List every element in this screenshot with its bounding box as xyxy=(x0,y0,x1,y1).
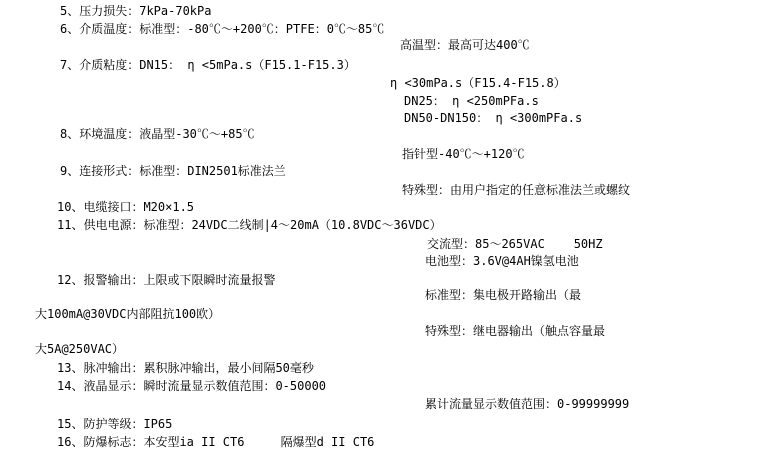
spec-note-viscosity-dn25: DN25： η <250mPFa.s xyxy=(404,95,539,108)
spec-note-standard-alarm-output: 标准型：集电极开路输出（最 xyxy=(425,289,581,302)
spec-item-7-medium-viscosity: 7、介质粘度：DN15： η <5mPa.s（F15.1-F15.3） xyxy=(60,59,356,72)
spec-item-14-lcd-display: 14、液晶显示：瞬时流量显示数值范围：0-50000 xyxy=(57,380,326,393)
spec-item-6-medium-temperature: 6、介质温度：标准型：-80℃～+200℃：PTFE：0℃～85℃ xyxy=(60,23,384,36)
spec-note-special-connection: 特殊型：由用户指定的任意标准法兰或螺纹 xyxy=(402,184,630,197)
spec-item-11-power-supply: 11、供电电源：标准型：24VDC二线制|4～20mA（10.8VDC～36VD… xyxy=(57,219,442,232)
spec-note-special-relay-output: 特殊型：继电器输出（触点容量最 xyxy=(425,325,605,338)
spec-item-12-wrap-relay: 大5A@250VAC） xyxy=(35,343,124,356)
spec-item-16-explosion-proof-marking: 16、防爆标志：本安型ia II CT6 隔爆型d II CT6 xyxy=(57,436,374,449)
spec-note-battery-type: 电池型：3.6V@4AH镍氢电池 xyxy=(425,255,579,268)
spec-note-pointer-type-ambient: 指针型-40℃～+120℃ xyxy=(402,148,525,161)
spec-item-15-protection-class: 15、防护等级：IP65 xyxy=(57,418,172,431)
spec-item-10-cable-entry: 10、电缆接口：M20×1.5 xyxy=(57,201,194,214)
spec-note-high-temp-type: 高温型：最高可达400℃ xyxy=(400,39,530,52)
spec-document: 5、压力损失：7kPa-70kPa 6、介质温度：标准型：-80℃～+200℃：… xyxy=(0,0,780,451)
spec-note-viscosity-dn15-cont: η <30mPa.s（F15.4-F15.8） xyxy=(390,77,566,90)
spec-note-total-flow-display-range: 累计流量显示数值范围：0-99999999 xyxy=(425,398,629,411)
spec-item-9-connection-type: 9、连接形式：标准型：DIN2501标准法兰 xyxy=(60,165,286,178)
spec-note-ac-power-type: 交流型：85～265VAC 50HZ xyxy=(427,238,603,251)
spec-item-13-pulse-output: 13、脉冲输出：累积脉冲输出，最小间隔50毫秒 xyxy=(57,362,314,375)
spec-note-viscosity-dn50-dn150: DN50-DN150： η <300mPFa.s xyxy=(404,112,582,125)
spec-item-12-alarm-output: 12、报警输出：上限或下限瞬时流量报警 xyxy=(57,274,275,287)
spec-item-12-wrap-open-collector: 大100mA@30VDC内部阻抗100欧） xyxy=(35,308,220,321)
spec-item-5-pressure-loss: 5、压力损失：7kPa-70kPa xyxy=(60,5,211,18)
spec-item-8-ambient-temperature: 8、环境温度：液晶型-30℃～+85℃ xyxy=(60,128,255,141)
